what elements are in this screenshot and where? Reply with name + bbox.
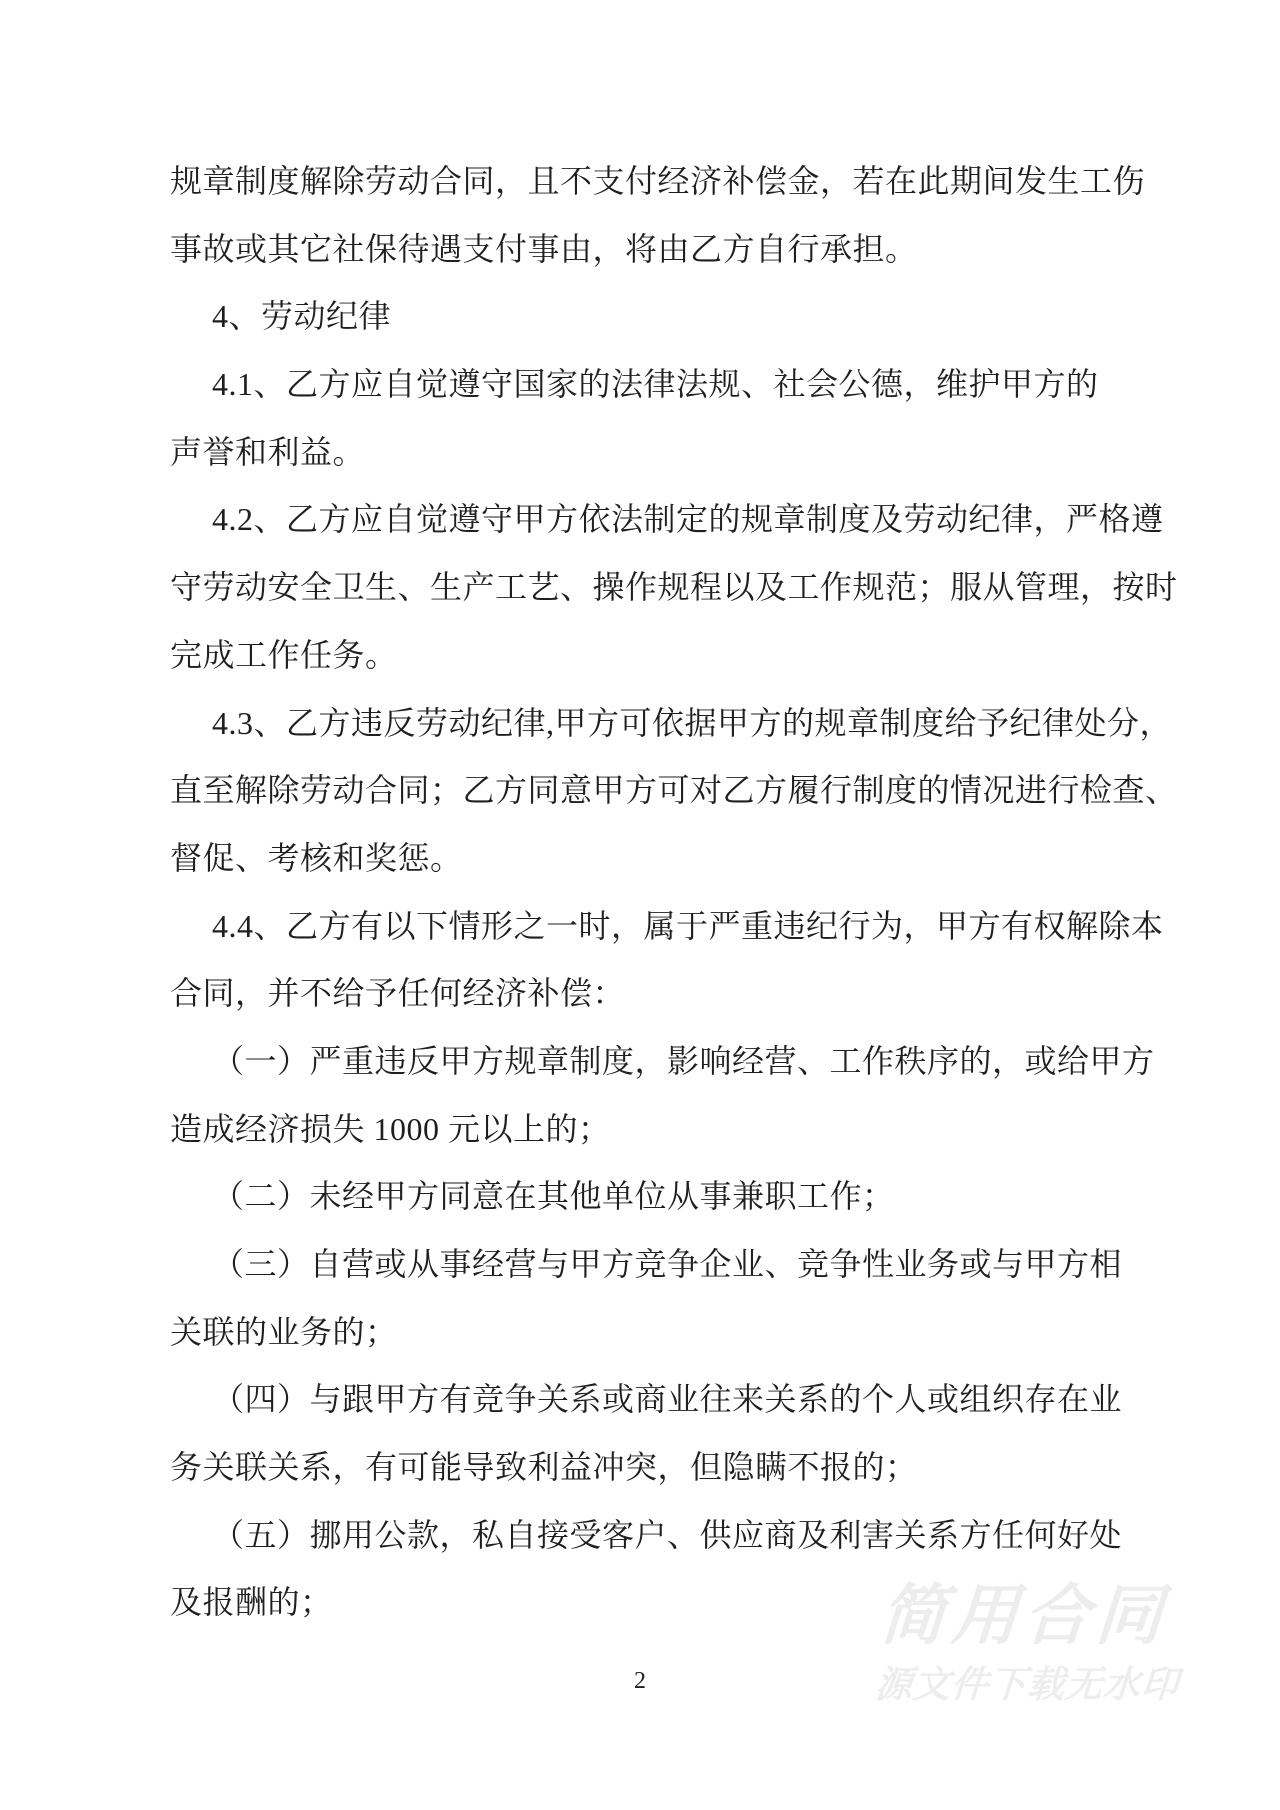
document-line: 关联的业务的；: [170, 1299, 1115, 1367]
document-line: 规章制度解除劳动合同，且不支付经济补偿金，若在此期间发生工伤: [170, 148, 1115, 216]
page-footer: 2: [0, 1668, 1280, 1695]
document-line: 督促、考核和奖惩。: [170, 825, 1115, 893]
document-line: 4、劳动纪律: [170, 283, 1115, 351]
watermark-brand-text: 简用合同: [878, 1582, 1187, 1648]
document-line: 直至解除劳动合同；乙方同意甲方可对乙方履行制度的情况进行检查、: [170, 757, 1115, 825]
document-line: 4.3、乙方违反劳动纪律,甲方可依据甲方的规章制度给予纪律处分，: [170, 690, 1115, 758]
document-line: 造成经济损失 1000 元以上的；: [170, 1096, 1115, 1164]
document-line: 4.4、乙方有以下情形之一时，属于严重违纪行为，甲方有权解除本: [170, 893, 1115, 961]
document-line: 守劳动安全卫生、生产工艺、操作规程以及工作规范；服从管理，按时: [170, 554, 1115, 622]
document-line: 合同，并不给予任何经济补偿：: [170, 960, 1115, 1028]
document-line: 完成工作任务。: [170, 622, 1115, 690]
document-line: 4.2、乙方应自觉遵守甲方依法制定的规章制度及劳动纪律，严格遵: [170, 486, 1115, 554]
document-body: 规章制度解除劳动合同，且不支付经济补偿金，若在此期间发生工伤事故或其它社保待遇支…: [170, 148, 1115, 1637]
document-line: （三）自营或从事经营与甲方竞争企业、竞争性业务或与甲方相: [170, 1231, 1115, 1299]
document-line: （四）与跟甲方有竞争关系或商业往来关系的个人或组织存在业: [170, 1366, 1115, 1434]
document-line: （五）挪用公款，私自接受客户、供应商及利害关系方任何好处: [170, 1502, 1115, 1570]
document-line: （二）未经甲方同意在其他单位从事兼职工作；: [170, 1163, 1115, 1231]
document-line: 声誉和利益。: [170, 419, 1115, 487]
document-line: 事故或其它社保待遇支付事由，将由乙方自行承担。: [170, 216, 1115, 284]
document-page: 规章制度解除劳动合同，且不支付经济补偿金，若在此期间发生工伤事故或其它社保待遇支…: [0, 0, 1280, 1810]
document-line: （一）严重违反甲方规章制度，影响经营、工作秩序的，或给甲方: [170, 1028, 1115, 1096]
page-number: 2: [634, 1668, 646, 1694]
document-line: 务关联关系，有可能导致利益冲突，但隐瞒不报的；: [170, 1434, 1115, 1502]
document-line: 4.1、乙方应自觉遵守国家的法律法规、社会公德，维护甲方的: [170, 351, 1115, 419]
